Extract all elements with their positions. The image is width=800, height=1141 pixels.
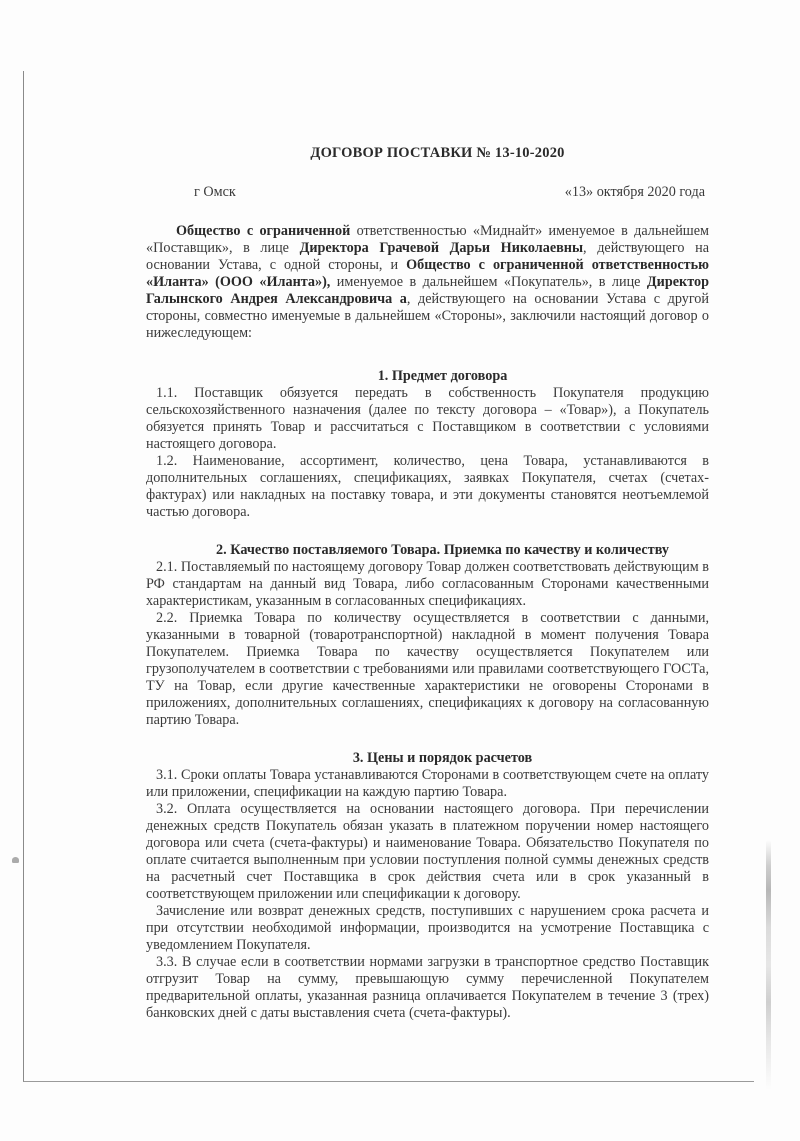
clause-3-1: 3.1. Сроки оплаты Товара устанавливаются… xyxy=(146,767,709,801)
place-date-row: г Омск «13» октября 2020 года xyxy=(146,184,709,201)
preamble-paragraph: Общество с ограниченной ответственностью… xyxy=(146,223,709,342)
contract-place: г Омск xyxy=(194,184,236,201)
clause-2-2: 2.2. Приемка Товара по количеству осущес… xyxy=(146,610,709,729)
clause-3-2: 3.2. Оплата осуществляется на основании … xyxy=(146,801,709,903)
section-heading-3: 3. Цены и порядок расчетов xyxy=(176,750,709,767)
scan-mark xyxy=(12,857,19,863)
clause-3-2-refund: Зачисление или возврат денежных средств,… xyxy=(146,903,709,954)
document-title: ДОГОВОР ПОСТАВКИ № 13-10-2020 xyxy=(166,145,709,162)
contract-date: «13» октября 2020 года xyxy=(565,184,705,201)
supplier-representative: Директора Грачевой Дарьи Николаевны xyxy=(300,240,583,256)
supplier-name-part2: ответственностью «Миднайт» xyxy=(350,223,542,239)
clause-3-3: 3.3. В случае если в соответствии нормам… xyxy=(146,954,709,1022)
section-heading-1: 1. Предмет договора xyxy=(176,368,709,385)
section-heading-2: 2. Качество поставляемого Товара. Приемк… xyxy=(176,542,709,559)
clause-2-1: 2.1. Поставляемый по настоящему договору… xyxy=(146,559,709,610)
scan-edge-artifact xyxy=(766,840,771,1090)
clause-1-2: 1.2. Наименование, ассортимент, количест… xyxy=(146,453,709,521)
preamble-text: именуемое в дальнейшем «Покупатель», в л… xyxy=(330,274,647,290)
clause-1-1: 1.1. Поставщик обязуется передать в собс… xyxy=(146,385,709,453)
contract-document: ДОГОВОР ПОСТАВКИ № 13-10-2020 г Омск «13… xyxy=(146,145,709,1022)
supplier-name-part1: Общество с ограниченной xyxy=(176,223,350,239)
